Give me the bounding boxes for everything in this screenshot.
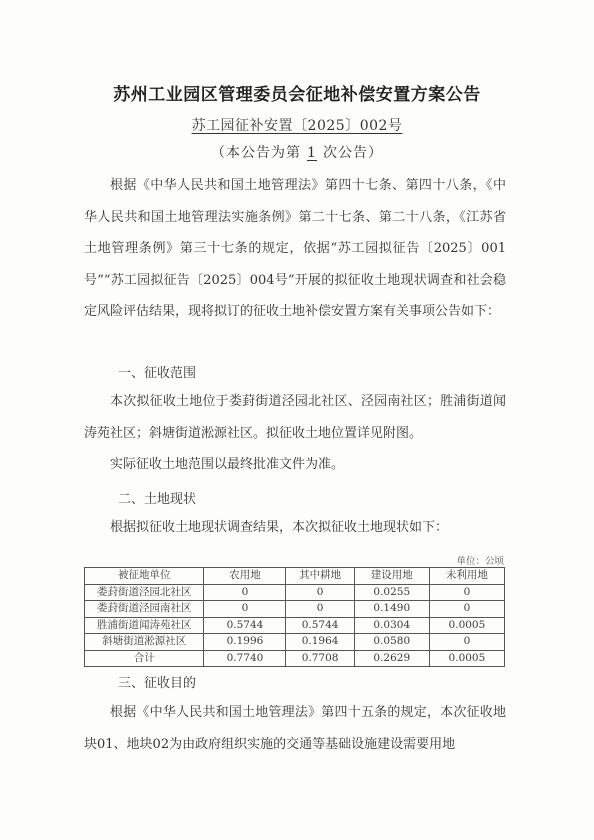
table-cell: 0.7740 bbox=[204, 650, 286, 667]
header-agricultural: 农用地 bbox=[204, 568, 286, 585]
table-cell: 0.0005 bbox=[429, 617, 504, 634]
purpose-paragraph: 根据《中华人民共和国土地管理法》第四十五条的规定，本次征收地块01、地块02为由… bbox=[84, 697, 506, 760]
section-heading-land-status: 二、土地现状 bbox=[118, 488, 196, 507]
table-cell: 0 bbox=[429, 584, 504, 601]
header-cultivated: 其中耕地 bbox=[286, 568, 354, 585]
table-total-row: 合计 0.7740 0.7708 0.2629 0.0005 bbox=[85, 650, 505, 667]
scope-paragraph: 本次拟征收土地位于娄葑街道泾园北社区、泾园南社区；胜浦街道闻涛苑社区；斜塘街道淞… bbox=[84, 386, 506, 449]
document-number: 苏工园征补安置〔2025〕002号 bbox=[0, 115, 594, 135]
table-unit-label: 单位：公顷 bbox=[456, 553, 504, 567]
table-cell: 0.7708 bbox=[286, 650, 354, 667]
notice-number: 1 bbox=[301, 145, 323, 161]
section-heading-purpose: 三、征收目的 bbox=[118, 672, 196, 691]
table-cell: 0 bbox=[204, 601, 286, 618]
table-cell: 0.1964 bbox=[286, 634, 354, 651]
land-status-table: 被征地单位 农用地 其中耕地 建设用地 未利用地 娄葑街道泾园北社区 0 0 0… bbox=[84, 567, 505, 667]
table-cell: 0.2629 bbox=[354, 650, 429, 667]
document-title: 苏州工业园区管理委员会征地补偿安置方案公告 bbox=[0, 80, 594, 105]
table-cell: 0 bbox=[204, 584, 286, 601]
header-construction: 建设用地 bbox=[354, 568, 429, 585]
header-unit: 被征地单位 bbox=[85, 568, 204, 585]
table-cell: 0 bbox=[429, 601, 504, 618]
table-cell: 0.0580 bbox=[354, 634, 429, 651]
document-number-text: 苏工园征补安置〔2025〕002号 bbox=[192, 118, 403, 134]
table-row: 娄葑街道泾园南社区 0 0 0.1490 0 bbox=[85, 601, 505, 618]
table-header-row: 被征地单位 农用地 其中耕地 建设用地 未利用地 bbox=[85, 568, 505, 585]
table-cell: 0.1490 bbox=[354, 601, 429, 618]
table-cell: 娄葑街道泾园南社区 bbox=[85, 601, 204, 618]
table-cell: 胜浦街道闻涛苑社区 bbox=[85, 617, 204, 634]
table-cell: 斜塘街道淞源社区 bbox=[85, 634, 204, 651]
document-page: 苏州工业园区管理委员会征地补偿安置方案公告 苏工园征补安置〔2025〕002号 … bbox=[0, 0, 594, 840]
table-cell: 0.0005 bbox=[429, 650, 504, 667]
notice-prefix: （本公告为第 bbox=[211, 145, 301, 161]
scope-note-paragraph: 实际征收土地范围以最终批准文件为准。 bbox=[84, 449, 506, 481]
notice-count: （本公告为第1次公告） bbox=[0, 142, 594, 162]
table-cell: 0.1996 bbox=[204, 634, 286, 651]
table-cell: 0.0304 bbox=[354, 617, 429, 634]
table-cell: 0.0255 bbox=[354, 584, 429, 601]
table-cell: 娄葑街道泾园北社区 bbox=[85, 584, 204, 601]
table-cell: 0 bbox=[286, 601, 354, 618]
table-row: 胜浦街道闻涛苑社区 0.5744 0.5744 0.0304 0.0005 bbox=[85, 617, 505, 634]
table-cell: 0 bbox=[429, 634, 504, 651]
table-row: 娄葑街道泾园北社区 0 0 0.0255 0 bbox=[85, 584, 505, 601]
table-cell: 0.5744 bbox=[204, 617, 286, 634]
table-cell: 0 bbox=[286, 584, 354, 601]
intro-paragraph: 根据《中华人民共和国土地管理法》第四十七条、第四十八条，《中华人民共和国土地管理… bbox=[84, 170, 506, 328]
notice-suffix: 次公告） bbox=[323, 145, 383, 161]
header-unused: 未利用地 bbox=[429, 568, 504, 585]
section-heading-scope: 一、征收范围 bbox=[118, 362, 196, 381]
table-cell: 0.5744 bbox=[286, 617, 354, 634]
table-cell: 合计 bbox=[85, 650, 204, 667]
land-status-paragraph: 根据拟征收土地现状调查结果，本次拟征收土地现状如下： bbox=[84, 512, 506, 544]
table-row: 斜塘街道淞源社区 0.1996 0.1964 0.0580 0 bbox=[85, 634, 505, 651]
